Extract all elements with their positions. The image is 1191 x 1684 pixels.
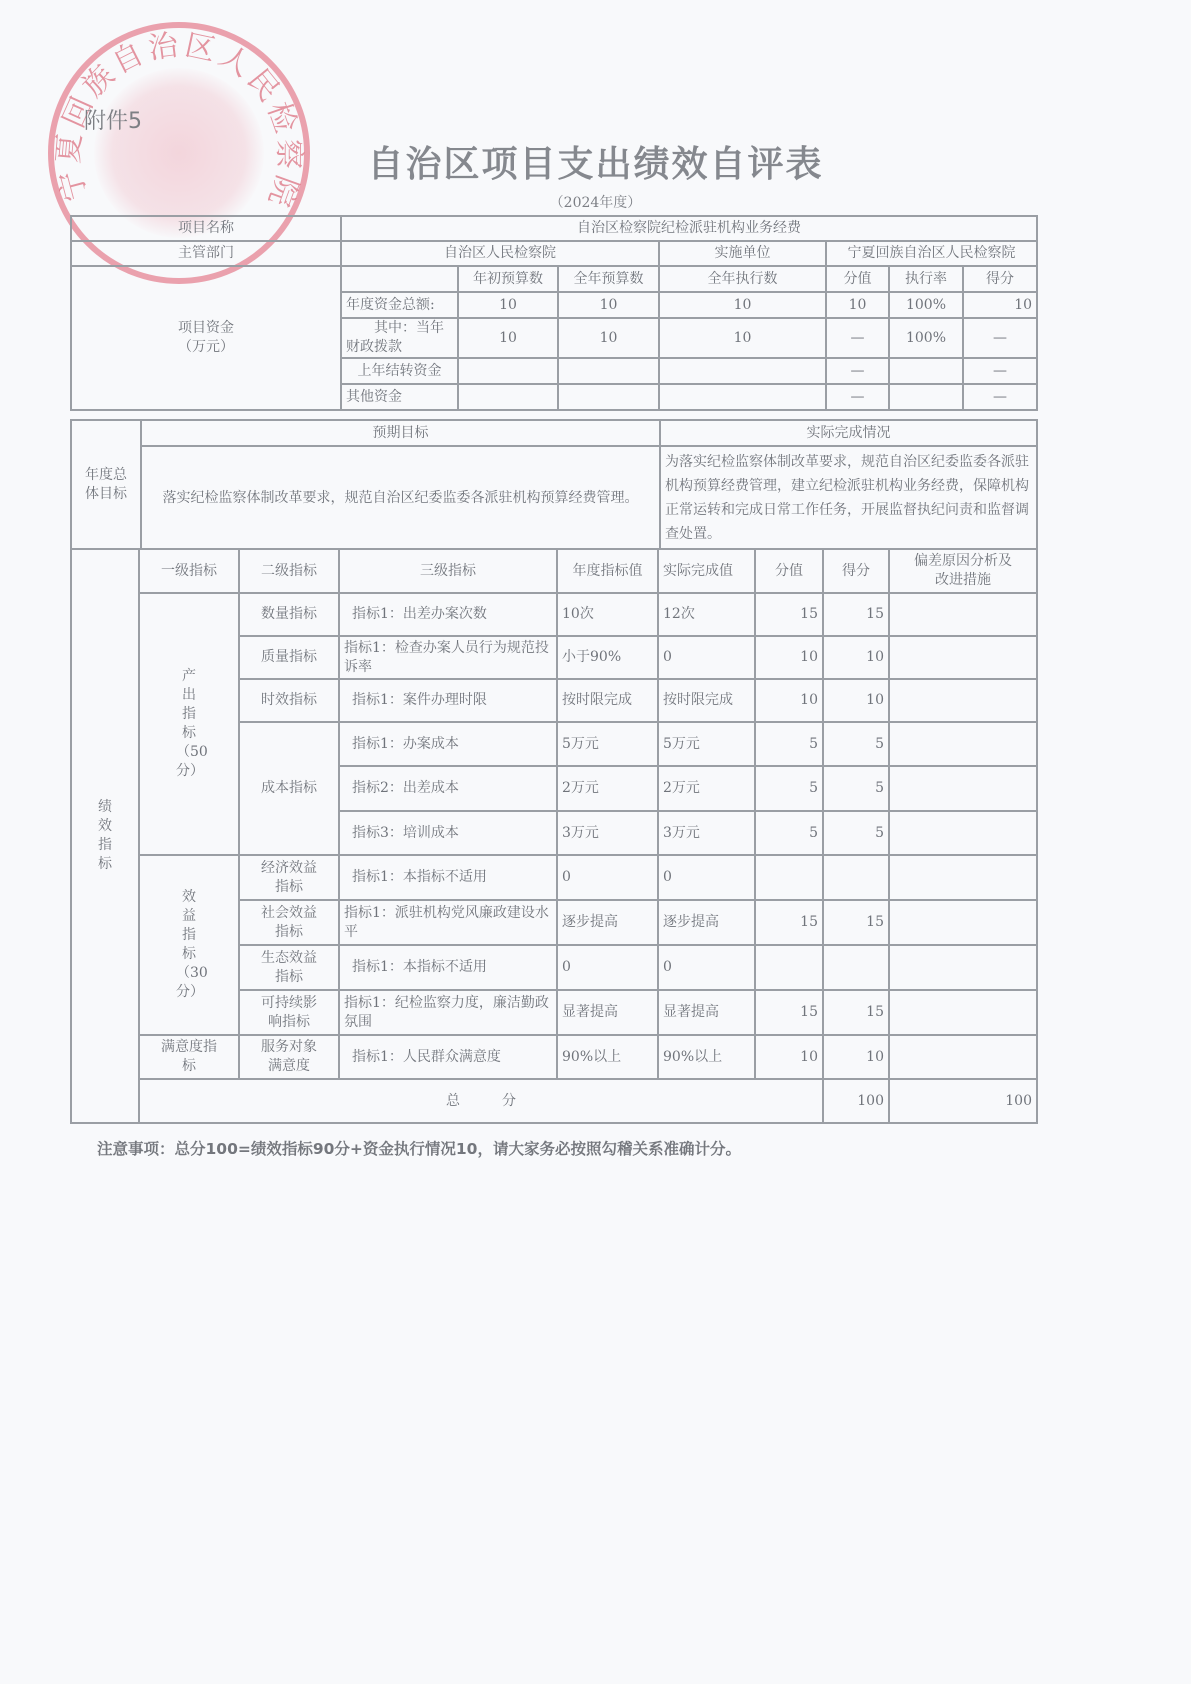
level3: 指标1：本指标不适用 [339, 855, 557, 900]
deviation-reason [889, 593, 1037, 636]
deviation-reason [889, 945, 1037, 990]
score: 5 [823, 811, 889, 855]
funds-row-label: 其中：当年财政拨款 [341, 318, 458, 358]
points: 15 [755, 593, 823, 636]
actual-result-text: 为落实纪检监察体制改革要求，规范自治区纪委监委各派驻机构预算经费管理，建立纪检派… [660, 446, 1037, 549]
project-name-value: 自治区检察院纪检派驻机构业务经费 [341, 216, 1037, 241]
level2: 社会效益指标 [239, 900, 339, 945]
funds-cell: 10 [826, 292, 889, 318]
target-value: 5万元 [557, 722, 658, 766]
funds-row-label: 上年结转资金 [341, 358, 458, 384]
indicators-section-label: 绩效指标 [71, 549, 139, 1123]
col-header: 二级指标 [239, 549, 339, 593]
actual-value: 逐步提高 [658, 900, 755, 945]
points [755, 945, 823, 990]
funds-cell: 10 [659, 318, 826, 358]
col-header: 一级指标 [139, 549, 239, 593]
level2: 可持续影响指标 [239, 990, 339, 1035]
actual-value: 0 [658, 945, 755, 990]
funds-cell: 10 [963, 292, 1037, 318]
funds-cell: — [826, 318, 889, 358]
funds-cell: 10 [458, 318, 558, 358]
level2: 经济效益指标 [239, 855, 339, 900]
level3: 指标1：派驻机构党风廉政建设水平 [339, 900, 557, 945]
score: 15 [823, 593, 889, 636]
level2: 质量指标 [239, 636, 339, 679]
deviation-reason [889, 990, 1037, 1035]
level3: 指标1：纪检监察力度，廉洁勤政氛围 [339, 990, 557, 1035]
project-funds-table: 项目名称 自治区检察院纪检派驻机构业务经费 主管部门 自治区人民检察院 实施单位… [70, 215, 1038, 411]
funds-cell: 10 [659, 292, 826, 318]
funds-cell [889, 384, 963, 410]
score: 10 [823, 679, 889, 722]
target-value: 逐步提高 [557, 900, 658, 945]
deviation-reason [889, 679, 1037, 722]
score: 5 [823, 766, 889, 811]
funds-cell: 100% [889, 318, 963, 358]
score: 15 [823, 900, 889, 945]
deviation-reason [889, 1035, 1037, 1079]
funds-cell: — [963, 358, 1037, 384]
attachment-label: 附件5 [84, 104, 142, 135]
funds-cell [659, 384, 826, 410]
actual-value: 12次 [658, 593, 755, 636]
target-value: 90%以上 [557, 1035, 658, 1079]
funds-cell [659, 358, 826, 384]
funds-header: 年初预算数 [458, 266, 558, 292]
actual-result-header: 实际完成情况 [660, 420, 1037, 446]
total-row: 总 分 100 100 [71, 1079, 1037, 1123]
funds-cell: — [963, 318, 1037, 358]
funds-header: 全年预算数 [558, 266, 659, 292]
col-header: 实际完成值 [658, 549, 755, 593]
table-row: 效益指标（30分） 经济效益指标 指标1：本指标不适用 0 0 [71, 855, 1037, 900]
table-row: 满意度指标 服务对象满意度 指标1：人民群众满意度 90%以上 90%以上 10… [71, 1035, 1037, 1079]
funds-cell: — [826, 358, 889, 384]
points: 15 [755, 990, 823, 1035]
level3: 指标1：案件办理时限 [339, 679, 557, 722]
level3: 指标1：人民群众满意度 [339, 1035, 557, 1079]
score: 10 [823, 1035, 889, 1079]
level1-output: 产出指标（50分） [139, 593, 239, 855]
actual-value: 0 [658, 855, 755, 900]
level3: 指标1：出差办案次数 [339, 593, 557, 636]
score [823, 855, 889, 900]
points: 10 [755, 1035, 823, 1079]
table-row: 产出指标（50分） 数量指标 指标1：出差办案次数 10次 12次 15 15 [71, 593, 1037, 636]
points: 5 [755, 811, 823, 855]
funds-label-text: 项目资金 [76, 319, 336, 338]
funds-cell: 10 [458, 292, 558, 318]
target-value: 0 [557, 945, 658, 990]
points: 10 [755, 636, 823, 679]
level2: 成本指标 [239, 722, 339, 855]
points: 10 [755, 679, 823, 722]
level3: 指标3：培训成本 [339, 811, 557, 855]
actual-value: 2万元 [658, 766, 755, 811]
funds-cell: — [963, 384, 1037, 410]
target-value: 2万元 [557, 766, 658, 811]
funds-cell: 10 [558, 292, 659, 318]
actual-value: 按时限完成 [658, 679, 755, 722]
total-points: 100 [823, 1079, 889, 1123]
target-value: 按时限完成 [557, 679, 658, 722]
funds-cell [558, 384, 659, 410]
target-value: 小于90% [557, 636, 658, 679]
actual-value: 3万元 [658, 811, 755, 855]
annual-goals-table: 年度总体目标 预期目标 实际完成情况 落实纪检监察体制改革要求，规范自治区纪委监… [70, 419, 1038, 550]
funds-header: 全年执行数 [659, 266, 826, 292]
level3: 指标1：检查办案人员行为规范投诉率 [339, 636, 557, 679]
dept-value: 自治区人民检察院 [341, 241, 659, 266]
deviation-reason [889, 636, 1037, 679]
level2: 时效指标 [239, 679, 339, 722]
funds-cell: — [826, 384, 889, 410]
funds-cell [558, 358, 659, 384]
col-header: 三级指标 [339, 549, 557, 593]
funds-row-label: 年度资金总额: [341, 292, 458, 318]
score: 15 [823, 990, 889, 1035]
col-header: 偏差原因分析及改进措施 [889, 549, 1037, 593]
goals-label: 年度总体目标 [71, 420, 141, 549]
funds-unit: （万元） [76, 338, 336, 357]
expected-goal-header: 预期目标 [141, 420, 660, 446]
impl-value: 宁夏回族自治区人民检察院 [826, 241, 1037, 266]
col-header: 得分 [823, 549, 889, 593]
deviation-reason [889, 855, 1037, 900]
level3: 指标1：本指标不适用 [339, 945, 557, 990]
level3: 指标2：出差成本 [339, 766, 557, 811]
col-header: 分值 [755, 549, 823, 593]
deviation-reason [889, 722, 1037, 766]
target-value: 10次 [557, 593, 658, 636]
level2: 服务对象满意度 [239, 1035, 339, 1079]
score [823, 945, 889, 990]
deviation-reason [889, 900, 1037, 945]
level2: 生态效益指标 [239, 945, 339, 990]
target-value: 3万元 [557, 811, 658, 855]
total-score: 100 [889, 1079, 1037, 1123]
impl-label: 实施单位 [659, 241, 826, 266]
deviation-reason [889, 766, 1037, 811]
project-name-label: 项目名称 [71, 216, 341, 241]
level2: 数量指标 [239, 593, 339, 636]
funds-header: 分值 [826, 266, 889, 292]
actual-value: 显著提高 [658, 990, 755, 1035]
target-value: 显著提高 [557, 990, 658, 1035]
expected-goal-text: 落实纪检监察体制改革要求，规范自治区纪委监委各派驻机构预算经费管理。 [141, 446, 660, 549]
points: 5 [755, 766, 823, 811]
dept-label: 主管部门 [71, 241, 341, 266]
actual-value: 5万元 [658, 722, 755, 766]
actual-value: 0 [658, 636, 755, 679]
funds-header: 执行率 [889, 266, 963, 292]
funds-header: 得分 [963, 266, 1037, 292]
actual-value: 90%以上 [658, 1035, 755, 1079]
footnote: 注意事项：总分100=绩效指标90分+资金执行情况10，请大家务必按照勾稽关系准… [97, 1137, 741, 1159]
col-header: 年度指标值 [557, 549, 658, 593]
level1-satisfaction: 满意度指标 [139, 1035, 239, 1079]
funds-label: 项目资金 （万元） [71, 266, 341, 410]
score: 5 [823, 722, 889, 766]
level1-benefit: 效益指标（30分） [139, 855, 239, 1035]
points: 5 [755, 722, 823, 766]
funds-row-label: 其他资金 [341, 384, 458, 410]
total-label: 总 分 [139, 1079, 823, 1123]
funds-cell [889, 358, 963, 384]
funds-cell [458, 384, 558, 410]
points [755, 855, 823, 900]
deviation-reason [889, 811, 1037, 855]
indicators-table: 绩效指标 一级指标 二级指标 三级指标 年度指标值 实际完成值 分值 得分 偏差… [70, 548, 1038, 1124]
funds-cell [458, 358, 558, 384]
page-title: 自治区项目支出绩效自评表 [0, 136, 1191, 187]
funds-header-blank [341, 266, 458, 292]
funds-cell: 100% [889, 292, 963, 318]
level3: 指标1：办案成本 [339, 722, 557, 766]
funds-cell: 10 [558, 318, 659, 358]
score: 10 [823, 636, 889, 679]
points: 15 [755, 900, 823, 945]
target-value: 0 [557, 855, 658, 900]
report-year: （2024年度） [0, 192, 1191, 212]
